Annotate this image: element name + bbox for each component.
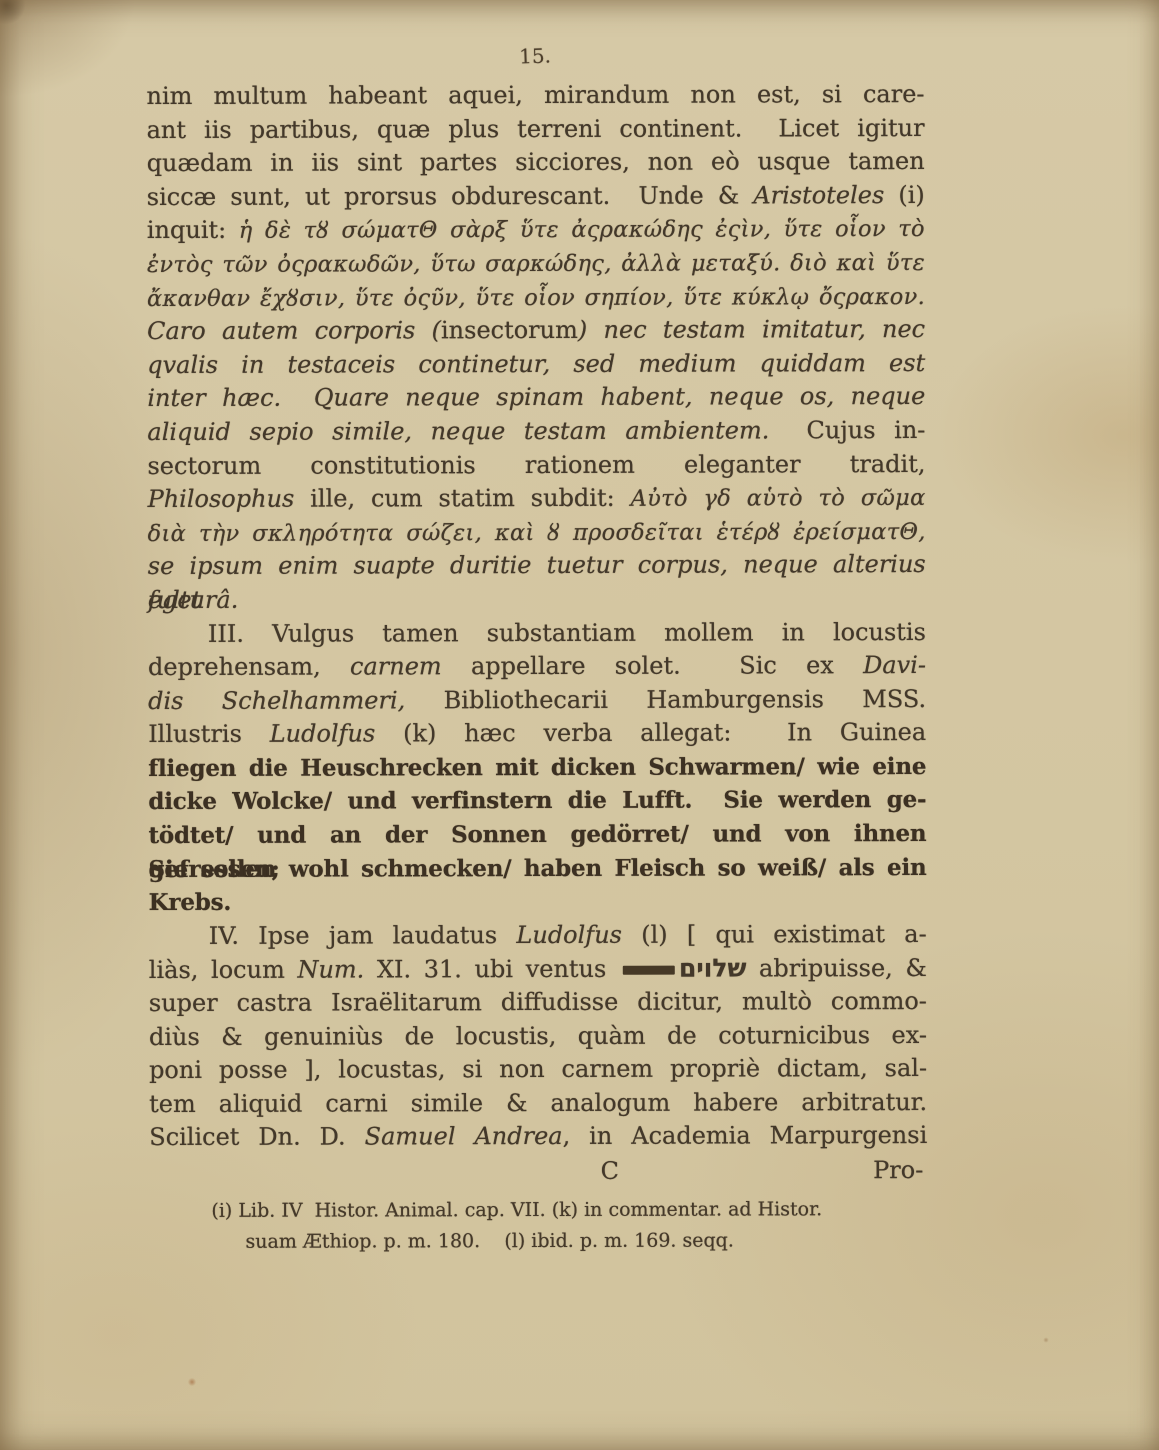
signature-mark: C	[601, 1154, 619, 1188]
text-segment: nim multum habeant aquei, mirandum non e…	[146, 80, 924, 110]
text-line: Philosophus ille, cum statim subdit: Αὐτ…	[148, 481, 926, 517]
text-segment: quædam in iis sint partes sicciores, non…	[147, 147, 925, 177]
text-line: ἄκανθαν ἔχȣσιν, ὕτε ὀςῦν, ὕτε οἷον σηπίο…	[147, 280, 925, 316]
text-segment: super castra Israëlitarum diffudisse dic…	[149, 987, 927, 1017]
page-number: 15.	[500, 43, 571, 69]
text-segment: tem aliquid carni simile & analogum habe…	[149, 1088, 927, 1118]
text-segment: abripuisse, &	[746, 954, 926, 982]
text-segment: siccæ sunt, ut prorsus obdurescant. Unde…	[147, 181, 754, 211]
text-segment: (i) Lib. IV Histor. Animal. cap. VII. (k…	[211, 1198, 822, 1222]
text-line: dis Schelhammeri, Bibliothecarii Hamburg…	[148, 683, 926, 719]
text-line: tödtet/ und an der Sonnen gedörret/ und …	[148, 817, 926, 853]
italic-text-segment: aliquid sepio simile, neque testam ambie…	[147, 416, 769, 446]
text-segment: XI. 31. ubi ventus	[364, 955, 619, 984]
blackletter-text-segment: Krebs.	[149, 889, 232, 916]
text-line: inter hæc. Quare neque spinam habent, ne…	[147, 380, 925, 416]
greek-text-segment: ἐντὸς τῶν ὀςρακωδῶν, ὕτω σαρκώδης, ἀλλὰ …	[147, 250, 925, 278]
greek-text-segment: ἡ δὲ τȣ σώματΘ σὰρξ ὕτε ἀςρακώδης ἐςὶν, …	[239, 216, 925, 244]
ink-bar	[623, 966, 675, 975]
text-line: fliegen die Heuschrecken mit dicken Schw…	[148, 750, 926, 786]
text-line: Caro autem corporis (insectorum) nec tes…	[147, 313, 925, 349]
text-line: se ipsum enim suapte duritie tuetur corp…	[148, 548, 926, 584]
text-segment: diùs & genuiniùs de locustis, quàm de co…	[149, 1021, 927, 1051]
text-segment: poni posse ], locustas, si non carnem pr…	[149, 1054, 927, 1084]
text-segment: Bibliothecarii Hamburgensis MSS.	[405, 685, 926, 714]
text-line: ἐντὸς τῶν ὀςρακωδῶν, ὕτω σαρκώδης, ἀλλὰ …	[147, 246, 925, 282]
text-segment: , in Academia Marpurgensi	[563, 1121, 928, 1150]
text-block: nim multum habeant aquei, mirandum non e…	[146, 78, 927, 1258]
italic-text-segment: Aristoteles	[753, 181, 884, 209]
blackletter-text-segment: Sie sollen wohl schmecken/ haben Fleisch…	[148, 854, 926, 883]
text-segment: insectorum	[441, 316, 578, 344]
italic-text-segment: Ludolfus	[516, 921, 622, 949]
text-segment: (i)	[884, 181, 925, 209]
text-line: suam Æthiop. p. m. 180. (l) ibid. p. m. …	[149, 1225, 927, 1258]
text-line: fulturâ.	[148, 582, 926, 618]
footnote-block: (i) Lib. IV Histor. Animal. cap. VII. (k…	[149, 1194, 927, 1258]
text-line: III. Vulgus tamen substantiam mollem in …	[148, 615, 926, 651]
text-line: ant iis partibus, quæ plus terreni conti…	[147, 112, 925, 148]
text-line: qvalis in testaceis continetur, sed medi…	[147, 347, 925, 383]
text-line: διὰ τὴν σκληρότητα σώζει, καὶ ȣ προσδεῖτ…	[148, 515, 926, 551]
text-segment: Illustris	[148, 720, 270, 748]
text-segment: Cujus in-	[769, 416, 925, 444]
greek-text-segment: Αὐτὸ γδ αὑτὸ τὸ σῶμα	[631, 485, 926, 512]
italic-text-segment: inter hæc. Quare neque spinam habent, ne…	[147, 382, 925, 412]
blackletter-text-segment: fliegen die Heuschrecken mit dicken Schw…	[148, 753, 926, 782]
italic-text-segment: qvalis in testaceis continetur, sed medi…	[147, 349, 925, 379]
italic-text-segment: fulturâ.	[148, 586, 239, 614]
text-line: nim multum habeant aquei, mirandum non e…	[146, 78, 924, 114]
signature-line: CPro-	[149, 1153, 927, 1189]
text-line: siccæ sunt, ut prorsus obdurescant. Unde…	[147, 179, 925, 215]
catchword: Pro-	[873, 1153, 923, 1187]
text-line: quædam in iis sint partes sicciores, non…	[147, 145, 925, 181]
text-line: aliquid sepio simile, neque testam ambie…	[147, 414, 925, 450]
text-line: inquit: ἡ δὲ τȣ σώματΘ σὰρξ ὕτε ἀςρακώδη…	[147, 212, 925, 248]
text-segment: IV. Ipse jam laudatus	[209, 921, 517, 950]
text-segment: ant iis partibus, quæ plus terreni conti…	[147, 114, 925, 144]
italic-text-segment: Philosophus	[148, 485, 295, 513]
italic-text-segment: Davi-	[863, 651, 926, 679]
italic-text-segment: Num.	[297, 956, 364, 984]
greek-text-segment: ἄκανθαν ἔχȣσιν, ὕτε ὀςῦν, ὕτε οἷον σηπίο…	[147, 284, 925, 312]
text-line: Scilicet Dn. D. Samuel Andrea, in Academ…	[149, 1119, 927, 1155]
text-segment: appellare solet. Sic ex	[442, 651, 864, 680]
text-segment: suam Æthiop. p. m. 180. (l) ibid. p. m. …	[245, 1229, 733, 1252]
hebrew-word: שלוים	[679, 954, 747, 983]
text-line: deprehensam, carnem appellare solet. Sic…	[148, 649, 926, 685]
text-segment: III. Vulgus tamen substantiam mollem in …	[208, 617, 926, 647]
italic-text-segment: carnem	[350, 652, 442, 680]
text-segment: Scilicet Dn. D.	[149, 1123, 364, 1152]
text-segment: liàs, locum	[149, 956, 298, 984]
paragraph-3: IV. Ipse jam laudatus Ludolfus (l) [ qui…	[149, 918, 928, 1155]
paragraph-2: III. Vulgus tamen substantiam mollem in …	[148, 615, 927, 919]
greek-text-segment: διὰ τὴν σκληρότητα σώζει, καὶ ȣ προσδεῖτ…	[148, 519, 926, 547]
blackletter-text-segment: dicke Wolcke/ und verfinstern die Lufft.…	[148, 786, 926, 815]
text-line: super castra Israëlitarum diffudisse dic…	[149, 985, 927, 1021]
text-line: liàs, locum Num. XI. 31. ubi ventus שלוי…	[149, 951, 927, 987]
text-line: Sie sollen wohl schmecken/ haben Fleisch…	[148, 851, 926, 887]
text-segment: sectorum constitutionis rationem elegant…	[147, 450, 925, 480]
text-line: tem aliquid carni simile & analogum habe…	[149, 1086, 927, 1122]
text-line: dicke Wolcke/ und verfinstern die Lufft.…	[148, 783, 926, 819]
italic-text-segment: Caro autem corporis (	[147, 316, 441, 345]
text-segment: ille, cum statim subdit:	[294, 484, 630, 513]
text-segment: inquit:	[147, 216, 239, 244]
book-page-scan: 15. nim multum habeant aquei, mirandum n…	[0, 0, 1159, 1450]
text-line: sectorum constitutionis rationem elegant…	[147, 448, 925, 484]
text-line: (i) Lib. IV Histor. Animal. cap. VII. (k…	[149, 1194, 927, 1227]
text-segment: (k) hæc verba allegat: In Guinea	[375, 718, 926, 747]
text-segment: (l) [ qui existimat a-	[622, 920, 927, 949]
text-line: diùs & genuiniùs de locustis, quàm de co…	[149, 1019, 927, 1055]
text-segment: deprehensam,	[148, 653, 350, 682]
text-line: Krebs.	[149, 884, 927, 920]
text-line: poni posse ], locustas, si non carnem pr…	[149, 1052, 927, 1088]
text-line: IV. Ipse jam laudatus Ludolfus (l) [ qui…	[149, 918, 927, 954]
italic-text-segment: ) nec testam imitatur, nec	[578, 315, 925, 344]
italic-text-segment: Ludolfus	[270, 720, 376, 748]
italic-text-segment: dis Schelhammeri,	[148, 686, 405, 715]
text-line: Illustris Ludolfus (k) hæc verba allegat…	[148, 716, 926, 752]
paragraph-1: nim multum habeant aquei, mirandum non e…	[146, 78, 925, 618]
italic-text-segment: Samuel Andrea	[365, 1122, 563, 1151]
